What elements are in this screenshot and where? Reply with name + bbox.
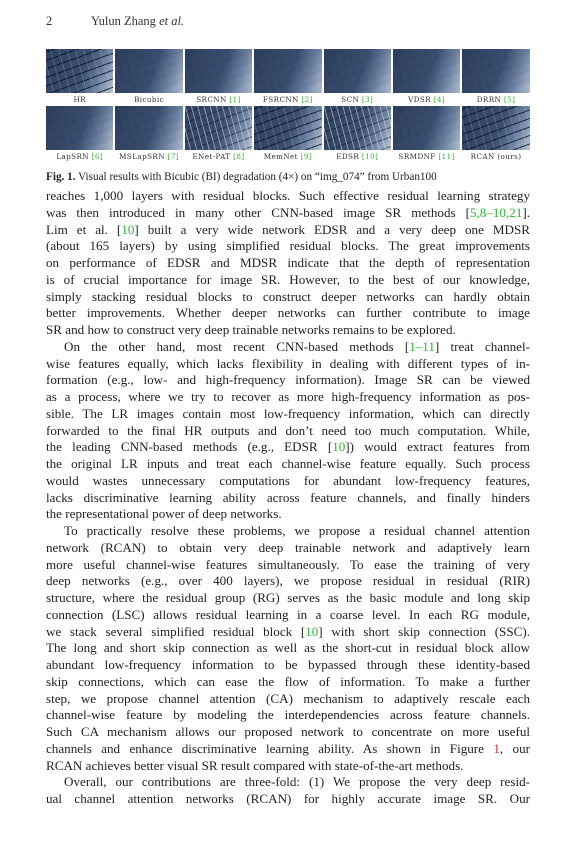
- text-line: Such CA mechanism allows our proposed ne…: [46, 724, 530, 741]
- method-name: LapSRN: [56, 152, 91, 161]
- method-name: SRCNN: [196, 95, 229, 104]
- line-text: better improvements. Whether deeper netw…: [46, 305, 530, 320]
- method-label: RCAN (ours): [471, 150, 522, 163]
- method-name: RCAN (ours): [471, 152, 522, 161]
- line-text: was then introduced in many other CNN-ba…: [46, 205, 470, 220]
- result-image: [324, 106, 391, 150]
- text-line: SR and how to construct very deep traina…: [46, 322, 530, 339]
- method-name: DRRN: [477, 95, 504, 104]
- method-label: MSLapSRN [7]: [119, 150, 179, 163]
- caption-text: Visual results with Bicubic (BI) degrada…: [76, 171, 437, 183]
- result-image: [393, 49, 460, 93]
- citation-link[interactable]: 1–11: [409, 339, 435, 354]
- figure-row-2: LapSRN [6]MSLapSRN [7]ENet-PAT [8]MemNet…: [46, 106, 530, 163]
- citation-link[interactable]: 10: [121, 222, 134, 237]
- line-text: On the other hand, most recent CNN-based…: [64, 339, 409, 354]
- method-label: SRMDNF [11]: [399, 150, 455, 163]
- text-line: we stack several simplified residual blo…: [46, 624, 530, 641]
- figure-1: HRBicubicSRCNN [1]FSRCNN [2]SCN [3]VDSR …: [46, 49, 530, 163]
- line-text: Overall, our contributions are three-fol…: [64, 774, 530, 789]
- result-image: [185, 49, 252, 93]
- line-text: channel-wise feature by modeling the int…: [46, 707, 530, 722]
- citation-link[interactable]: [9]: [301, 152, 312, 161]
- figure-cell: EDSR [10]: [324, 106, 391, 163]
- line-text: formation (e.g., low- and high-frequency…: [46, 372, 530, 387]
- line-text: The long and short skip connection as we…: [46, 640, 530, 655]
- figure-cell: DRRN [5]: [462, 49, 529, 106]
- citation-link[interactable]: [2]: [301, 95, 312, 104]
- line-text: lacks discriminative learning ability ac…: [46, 490, 530, 505]
- figure-row-1: HRBicubicSRCNN [1]FSRCNN [2]SCN [3]VDSR …: [46, 49, 530, 106]
- method-name: MemNet: [264, 152, 301, 161]
- method-name: FSRCNN: [263, 95, 302, 104]
- text-line: deep networks (e.g., over 400 layers), w…: [46, 573, 530, 590]
- result-image: [254, 106, 321, 150]
- figure-cell: LapSRN [6]: [46, 106, 113, 163]
- result-image: [393, 106, 460, 150]
- method-label: DRRN [5]: [477, 93, 516, 106]
- figure-cell: ENet-PAT [8]: [185, 106, 252, 163]
- text-line: is of crucial importance for image SR. H…: [46, 272, 530, 289]
- figure-cell: SRCNN [1]: [185, 49, 252, 106]
- text-line: the leading CNN-based methods (e.g., EDS…: [46, 439, 530, 456]
- figure-cell: SRMDNF [11]: [393, 106, 460, 163]
- text-line: abundant low-frequency information to be…: [46, 657, 530, 674]
- figure-cell: Bicubic: [115, 49, 182, 106]
- figure-cell: MemNet [9]: [254, 106, 321, 163]
- text-line: connection (LSC) allows residual learnin…: [46, 607, 530, 624]
- line-text: the representational power of deep netwo…: [46, 506, 282, 521]
- line-text: SR and how to construct very deep traina…: [46, 322, 456, 337]
- text-line: On the other hand, most recent CNN-based…: [46, 339, 530, 356]
- method-label: SCN [3]: [341, 93, 373, 106]
- line-text: we stack several simplified residual blo…: [46, 624, 305, 639]
- result-image: [46, 49, 113, 93]
- text-line: network (RCAN) to obtain very deep train…: [46, 540, 530, 557]
- line-text: structure, where the residual group (RG)…: [46, 590, 530, 605]
- page-number: 2: [46, 14, 91, 29]
- method-label: EDSR [10]: [336, 150, 378, 163]
- result-image: [324, 49, 391, 93]
- line-text: on performance of EDSR and MDSR indicate…: [46, 255, 530, 270]
- method-name: Bicubic: [134, 95, 164, 104]
- method-label: ENet-PAT [8]: [192, 150, 244, 163]
- text-line: The long and short skip connection as we…: [46, 640, 530, 657]
- result-image: [185, 106, 252, 150]
- text-line: reaches 1,000 layers with residual block…: [46, 188, 530, 205]
- text-line: channel-wise feature by modeling the int…: [46, 707, 530, 724]
- text-line: Overall, our contributions are three-fol…: [46, 774, 530, 791]
- text-line: sible. The LR images contain most low-fr…: [46, 406, 530, 423]
- et-al: et al.: [159, 14, 184, 28]
- text-line: better improvements. Whether deeper netw…: [46, 305, 530, 322]
- citation-link[interactable]: [6]: [92, 152, 103, 161]
- method-name: EDSR: [336, 152, 362, 161]
- text-line: on performance of EDSR and MDSR indicate…: [46, 255, 530, 272]
- citation-link[interactable]: [3]: [362, 95, 373, 104]
- text-line: as a process, where we try to recover as…: [46, 389, 530, 406]
- citation-link[interactable]: [8]: [233, 152, 244, 161]
- line-text: ].: [522, 205, 530, 220]
- text-line: more useful channel-wise features simult…: [46, 557, 530, 574]
- text-line: wise features equally, which lacks flexi…: [46, 356, 530, 373]
- line-text: sible. The LR images contain most low-fr…: [46, 406, 530, 421]
- figure-cell: HR: [46, 49, 113, 106]
- line-text: ] built a very wide network EDSR and a v…: [134, 222, 530, 237]
- method-name: VDSR: [408, 95, 434, 104]
- method-name: SCN: [341, 95, 362, 104]
- text-line: structure, where the residual group (RG)…: [46, 590, 530, 607]
- figure-cell: RCAN (ours): [462, 106, 529, 163]
- line-text: step, we propose channel attention (CA) …: [46, 691, 530, 706]
- text-line: ual channel attention networks (RCAN) fo…: [46, 791, 530, 808]
- citation-link[interactable]: 5,8–10,21: [470, 205, 522, 220]
- line-text: deep networks (e.g., over 400 layers), w…: [46, 573, 530, 588]
- method-label: MemNet [9]: [264, 150, 312, 163]
- line-text: connection (LSC) allows residual learnin…: [46, 607, 530, 622]
- result-image: [462, 106, 529, 150]
- method-label: LapSRN [6]: [56, 150, 103, 163]
- body-text: reaches 1,000 layers with residual block…: [46, 188, 530, 808]
- line-text: as a process, where we try to recover as…: [46, 389, 530, 404]
- text-line: forwarded to the final HR outputs and do…: [46, 423, 530, 440]
- line-text: (about 165 layers) by using simplified r…: [46, 238, 530, 253]
- text-line: lacks discriminative learning ability ac…: [46, 490, 530, 507]
- text-line: the original LR inputs and treat each ch…: [46, 456, 530, 473]
- figure-cell: MSLapSRN [7]: [115, 106, 182, 163]
- line-text: ]) would extract features from: [345, 439, 530, 454]
- text-line: would wastes unnecessary computations fo…: [46, 473, 530, 490]
- running-header: 2Yulun Zhang et al.: [46, 14, 184, 29]
- result-image: [115, 106, 182, 150]
- line-text: the original LR inputs and treat each ch…: [46, 456, 530, 471]
- text-line: the representational power of deep netwo…: [46, 506, 530, 523]
- method-label: Bicubic: [134, 93, 164, 106]
- citation-link[interactable]: [10]: [362, 152, 378, 161]
- line-text: ] with short skip connection (SSC).: [318, 624, 530, 639]
- text-line: simply stacking residual blocks to const…: [46, 289, 530, 306]
- result-image: [46, 106, 113, 150]
- method-name: MSLapSRN: [119, 152, 167, 161]
- method-label: VDSR [4]: [408, 93, 445, 106]
- text-line: skip connections, which can ease the flo…: [46, 674, 530, 691]
- line-text: simply stacking residual blocks to const…: [46, 289, 530, 304]
- line-text: To practically resolve these problems, w…: [64, 523, 530, 538]
- line-text: wise features equally, which lacks flexi…: [46, 356, 530, 371]
- method-label: FSRCNN [2]: [263, 93, 313, 106]
- text-line: Lim et al. [10] built a very wide networ…: [46, 222, 530, 239]
- line-text: ] treat channel-: [435, 339, 530, 354]
- line-text: forwarded to the final HR outputs and do…: [46, 423, 530, 438]
- figure-cell: SCN [3]: [324, 49, 391, 106]
- citation-link[interactable]: [1]: [229, 95, 240, 104]
- line-text: Lim et al. [: [46, 222, 121, 237]
- line-text: , our: [500, 741, 530, 756]
- method-name: HR: [73, 95, 85, 104]
- citation-link[interactable]: 10: [305, 624, 318, 639]
- line-text: is of crucial importance for image SR. H…: [46, 272, 530, 287]
- text-line: channels and enhance discriminative lear…: [46, 741, 530, 758]
- method-label: HR: [73, 93, 85, 106]
- line-text: RCAN achieves better visual SR result co…: [46, 758, 463, 773]
- line-text: network (RCAN) to obtain very deep train…: [46, 540, 530, 555]
- line-text: channels and enhance discriminative lear…: [46, 741, 493, 756]
- result-image: [254, 49, 321, 93]
- citation-link[interactable]: [4]: [434, 95, 445, 104]
- citation-link[interactable]: [11]: [438, 152, 454, 161]
- line-text: abundant low-frequency information to be…: [46, 657, 530, 672]
- figure-cell: FSRCNN [2]: [254, 49, 321, 106]
- author-names: Yulun Zhang: [91, 14, 156, 28]
- method-name: ENet-PAT: [192, 152, 233, 161]
- line-text: would wastes unnecessary computations fo…: [46, 473, 530, 488]
- line-text: ual channel attention networks (RCAN) fo…: [46, 791, 530, 806]
- caption-label: Fig. 1.: [46, 171, 76, 183]
- result-image: [462, 49, 529, 93]
- text-line: formation (e.g., low- and high-frequency…: [46, 372, 530, 389]
- text-line: was then introduced in many other CNN-ba…: [46, 205, 530, 222]
- line-text: reaches 1,000 layers with residual block…: [46, 188, 530, 203]
- line-text: the leading CNN-based methods (e.g., EDS…: [46, 439, 332, 454]
- citation-link[interactable]: [5]: [504, 95, 515, 104]
- text-line: To practically resolve these problems, w…: [46, 523, 530, 540]
- text-line: RCAN achieves better visual SR result co…: [46, 758, 530, 775]
- text-line: (about 165 layers) by using simplified r…: [46, 238, 530, 255]
- result-image: [115, 49, 182, 93]
- line-text: skip connections, which can ease the flo…: [46, 674, 530, 689]
- method-label: SRCNN [1]: [196, 93, 241, 106]
- method-name: SRMDNF: [399, 152, 439, 161]
- citation-link[interactable]: [7]: [168, 152, 179, 161]
- citation-link[interactable]: 10: [332, 439, 345, 454]
- line-text: more useful channel-wise features simult…: [46, 557, 530, 572]
- text-line: step, we propose channel attention (CA) …: [46, 691, 530, 708]
- figure-caption: Fig. 1. Visual results with Bicubic (BI)…: [46, 171, 536, 183]
- line-text: Such CA mechanism allows our proposed ne…: [46, 724, 530, 739]
- figure-cell: VDSR [4]: [393, 49, 460, 106]
